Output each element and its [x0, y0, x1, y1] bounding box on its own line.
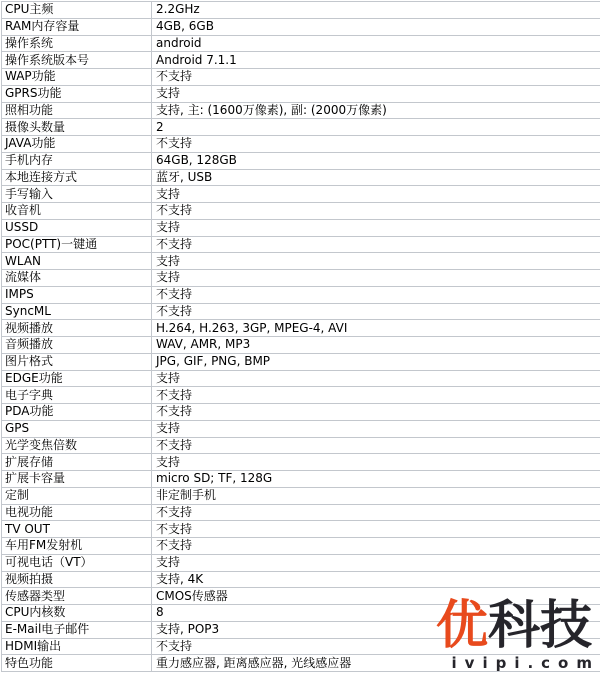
- spec-label: CPU内核数: [2, 605, 152, 622]
- table-row: WAP功能不支持: [2, 69, 600, 86]
- table-row: HDMI输出不支持: [2, 638, 600, 655]
- table-row: 操作系统版本号Android 7.1.1: [2, 52, 600, 69]
- spec-label: 音频播放: [2, 337, 152, 354]
- spec-label: 特色功能: [2, 655, 152, 672]
- spec-value: 不支持: [152, 387, 600, 404]
- spec-value: micro SD; TF, 128G: [152, 471, 600, 488]
- spec-value: 支持: [152, 270, 600, 287]
- table-row: 手写输入支持: [2, 186, 600, 203]
- table-row: JAVA功能不支持: [2, 136, 600, 153]
- table-row: CPU内核数8: [2, 605, 600, 622]
- spec-label: WLAN: [2, 253, 152, 270]
- spec-value: 重力感应器, 距离感应器, 光线感应器: [152, 655, 600, 672]
- spec-value: 不支持: [152, 638, 600, 655]
- spec-label: 扩展存储: [2, 454, 152, 471]
- spec-label: IMPS: [2, 286, 152, 303]
- spec-table: CPU主频2.2GHzRAM内存容量4GB, 6GB操作系统android操作系…: [1, 1, 600, 672]
- spec-label: 收音机: [2, 203, 152, 220]
- spec-value: 支持: [152, 554, 600, 571]
- spec-label: 手机内存: [2, 152, 152, 169]
- table-row: RAM内存容量4GB, 6GB: [2, 18, 600, 35]
- table-row: 电视功能不支持: [2, 504, 600, 521]
- spec-label: GPRS功能: [2, 85, 152, 102]
- spec-sheet-page: CPU主频2.2GHzRAM内存容量4GB, 6GB操作系统android操作系…: [0, 0, 600, 674]
- spec-label: CPU主频: [2, 2, 152, 19]
- spec-value: 支持, POP3: [152, 621, 600, 638]
- table-row: 定制非定制手机: [2, 487, 600, 504]
- table-row: 收音机不支持: [2, 203, 600, 220]
- table-row: IMPS不支持: [2, 286, 600, 303]
- spec-value: 支持, 4K: [152, 571, 600, 588]
- spec-label: 流媒体: [2, 270, 152, 287]
- spec-value: 2.2GHz: [152, 2, 600, 19]
- spec-label: GPS: [2, 420, 152, 437]
- table-row: 操作系统android: [2, 35, 600, 52]
- table-row: 可视电话（VT）支持: [2, 554, 600, 571]
- spec-table-body: CPU主频2.2GHzRAM内存容量4GB, 6GB操作系统android操作系…: [2, 2, 600, 672]
- spec-label: 车用FM发射机: [2, 538, 152, 555]
- table-row: 音频播放WAV, AMR, MP3: [2, 337, 600, 354]
- table-row: 电子字典不支持: [2, 387, 600, 404]
- table-row: 传感器类型CMOS传感器: [2, 588, 600, 605]
- spec-label: E-Mail电子邮件: [2, 621, 152, 638]
- spec-label: 定制: [2, 487, 152, 504]
- spec-label: 电子字典: [2, 387, 152, 404]
- table-row: TV OUT不支持: [2, 521, 600, 538]
- spec-value: 64GB, 128GB: [152, 152, 600, 169]
- table-row: 视频播放H.264, H.263, 3GP, MPEG-4, AVI: [2, 320, 600, 337]
- spec-label: 操作系统: [2, 35, 152, 52]
- table-row: PDA功能不支持: [2, 404, 600, 421]
- spec-label: 视频播放: [2, 320, 152, 337]
- spec-label: TV OUT: [2, 521, 152, 538]
- spec-label: SyncML: [2, 303, 152, 320]
- spec-value: 不支持: [152, 236, 600, 253]
- spec-label: 操作系统版本号: [2, 52, 152, 69]
- spec-value: 支持: [152, 85, 600, 102]
- spec-value: 支持: [152, 420, 600, 437]
- spec-label: PDA功能: [2, 404, 152, 421]
- spec-value: 支持: [152, 253, 600, 270]
- spec-value: H.264, H.263, 3GP, MPEG-4, AVI: [152, 320, 600, 337]
- table-row: GPS支持: [2, 420, 600, 437]
- table-row: 扩展存储支持: [2, 454, 600, 471]
- table-row: CPU主频2.2GHz: [2, 2, 600, 19]
- spec-value: 不支持: [152, 437, 600, 454]
- spec-value: Android 7.1.1: [152, 52, 600, 69]
- spec-value: 支持: [152, 454, 600, 471]
- spec-label: 摄像头数量: [2, 119, 152, 136]
- table-row: USSD支持: [2, 219, 600, 236]
- spec-value: 不支持: [152, 203, 600, 220]
- table-row: SyncML不支持: [2, 303, 600, 320]
- spec-value: 不支持: [152, 303, 600, 320]
- spec-value: 蓝牙, USB: [152, 169, 600, 186]
- spec-label: 可视电话（VT）: [2, 554, 152, 571]
- spec-value: WAV, AMR, MP3: [152, 337, 600, 354]
- spec-value: JPG, GIF, PNG, BMP: [152, 353, 600, 370]
- spec-value: 不支持: [152, 404, 600, 421]
- table-row: 车用FM发射机不支持: [2, 538, 600, 555]
- spec-label: 光学变焦倍数: [2, 437, 152, 454]
- spec-label: POC(PTT)一键通: [2, 236, 152, 253]
- spec-label: RAM内存容量: [2, 18, 152, 35]
- spec-label: 传感器类型: [2, 588, 152, 605]
- spec-label: 本地连接方式: [2, 169, 152, 186]
- table-row: 图片格式JPG, GIF, PNG, BMP: [2, 353, 600, 370]
- spec-value: 支持: [152, 370, 600, 387]
- spec-label: 照相功能: [2, 102, 152, 119]
- table-row: EDGE功能支持: [2, 370, 600, 387]
- table-row: POC(PTT)一键通不支持: [2, 236, 600, 253]
- table-row: 流媒体支持: [2, 270, 600, 287]
- table-row: 本地连接方式蓝牙, USB: [2, 169, 600, 186]
- spec-value: 支持: [152, 219, 600, 236]
- spec-value: 不支持: [152, 69, 600, 86]
- table-row: 光学变焦倍数不支持: [2, 437, 600, 454]
- spec-label: 视频拍摄: [2, 571, 152, 588]
- spec-value: 不支持: [152, 538, 600, 555]
- spec-value: 2: [152, 119, 600, 136]
- spec-label: 图片格式: [2, 353, 152, 370]
- table-row: 视频拍摄支持, 4K: [2, 571, 600, 588]
- table-row: WLAN支持: [2, 253, 600, 270]
- spec-label: HDMI输出: [2, 638, 152, 655]
- spec-value: 8: [152, 605, 600, 622]
- spec-value: 不支持: [152, 286, 600, 303]
- spec-value: 4GB, 6GB: [152, 18, 600, 35]
- spec-label: EDGE功能: [2, 370, 152, 387]
- table-row: 扩展卡容量micro SD; TF, 128G: [2, 471, 600, 488]
- spec-value: 非定制手机: [152, 487, 600, 504]
- spec-value: CMOS传感器: [152, 588, 600, 605]
- spec-value: 不支持: [152, 521, 600, 538]
- spec-value: android: [152, 35, 600, 52]
- spec-label: 电视功能: [2, 504, 152, 521]
- spec-label: 扩展卡容量: [2, 471, 152, 488]
- table-row: E-Mail电子邮件支持, POP3: [2, 621, 600, 638]
- spec-value: 支持: [152, 186, 600, 203]
- table-row: 摄像头数量2: [2, 119, 600, 136]
- table-row: GPRS功能支持: [2, 85, 600, 102]
- spec-value: 不支持: [152, 136, 600, 153]
- spec-value: 不支持: [152, 504, 600, 521]
- spec-value: 支持, 主: (1600万像素), 副: (2000万像素): [152, 102, 600, 119]
- spec-label: 手写输入: [2, 186, 152, 203]
- spec-label: USSD: [2, 219, 152, 236]
- table-row: 手机内存64GB, 128GB: [2, 152, 600, 169]
- table-row: 照相功能支持, 主: (1600万像素), 副: (2000万像素): [2, 102, 600, 119]
- table-row: 特色功能重力感应器, 距离感应器, 光线感应器: [2, 655, 600, 672]
- spec-label: JAVA功能: [2, 136, 152, 153]
- spec-label: WAP功能: [2, 69, 152, 86]
